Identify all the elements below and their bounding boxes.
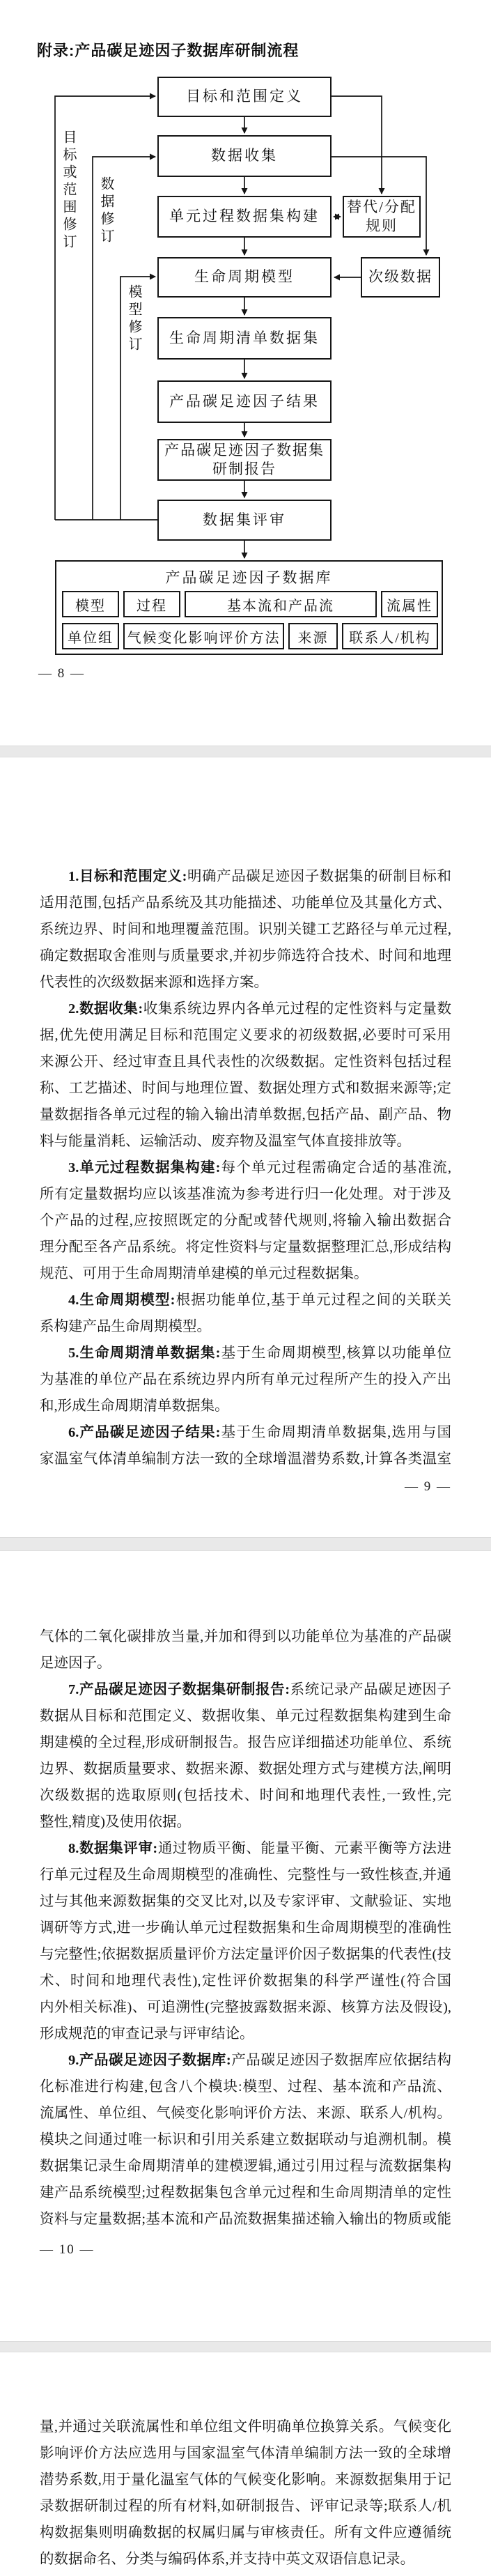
text-line: 6.产品碳足迹因子结果:基于生命周期清单数据集,选用与国 xyxy=(40,1419,451,1446)
flow-node-data-collection: 数据收集 xyxy=(157,135,332,177)
text-line: 术、时间和地理代表性),定性评价数据集的科学严谨性(符合国 xyxy=(40,1968,451,1994)
text-line: 2.数据收集:收集系统边界内各单元过程的定性资料与定量数 xyxy=(40,996,451,1022)
page-text: 量,并通过关联流属性和单位组文件明确单位换算关系。气候变化影响评价方法应选用与国… xyxy=(40,2352,451,2573)
page-10-text: 气体的二氧化碳排放当量,并加和得到以功能单位为基准的产品碳足迹因子。7.产品碳足… xyxy=(0,1551,491,2341)
paragraph-lead: 4.生命周期模型: xyxy=(68,1293,175,1308)
text-line: 系统边界、时间和地理覆盖范围。识别关键工艺路径与单元过程, xyxy=(40,916,451,943)
db-module-flow-property: 流属性 xyxy=(381,591,438,617)
text-line: 据,优先使用满足目标和范围定义要求的初级数据,必要时可采用 xyxy=(40,1022,451,1049)
flow-node-dataset-review: 数据集评审 xyxy=(157,500,332,541)
text-line: 称、工艺描述、时间与地理位置、数据处理方式和数据来源等;定 xyxy=(40,1075,451,1102)
flow-node-database: 产品碳足迹因子数据库 模型 过程 基本流和产品流 流属性 单位组 气候变化影响评… xyxy=(55,560,443,655)
feedback-label-model-revision: 模型修订 xyxy=(124,284,144,354)
text-line: 化标准进行构建,包含八个模块:模型、过程、基本流和产品流、 xyxy=(40,2074,451,2100)
text-line: 潜势系数,用于量化温室气体的气候变化影响。来源数据集用于记 xyxy=(40,2467,451,2493)
page-separator xyxy=(0,746,491,757)
db-module-process: 过程 xyxy=(123,591,180,617)
text-line: 料与能量消耗、运输活动、废弃物及温室气体直接排放等。 xyxy=(40,1128,451,1155)
page-9-text: 1.目标和范围定义:明确产品碳足迹因子数据集的研制目标和适用范围,包括产品系统及… xyxy=(0,757,491,1537)
flow-node-secondary-data: 次级数据 xyxy=(361,257,440,298)
text-line: 量,并通过关联流属性和单位组文件明确单位换算关系。气候变化 xyxy=(40,2414,451,2440)
text-line: 内外相关标准)、可追溯性(完整披露数据来源、核算方法及假设), xyxy=(40,1994,451,2021)
paragraph-lead: 3.单元过程数据集构建: xyxy=(68,1160,221,1175)
text-line: 量数据指各单元过程的输入输出清单数据,包括产品、副产品、物 xyxy=(40,1102,451,1128)
db-module-impact-method: 气候变化影响评价方法 xyxy=(123,623,284,649)
text-line: 和,形成生命周期清单数据集。 xyxy=(40,1393,451,1419)
flow-node-pcf-result: 产品碳足迹因子结果 xyxy=(157,380,332,423)
text-line: 构数据集则明确数据的权属归属与审核责任。所有文件应遵循统一 xyxy=(40,2520,451,2546)
page-text: 气体的二氧化碳排放当量,并加和得到以功能单位为基准的产品碳足迹因子。7.产品碳足… xyxy=(40,1551,451,2232)
text-line: 与完整性;依据数据质量评价方法定量评价因子数据集的代表性(技 xyxy=(40,1941,451,1968)
text-line: 调研等方式,进一步确认单元过程数据集和生命周期模型的准确性 xyxy=(40,1915,451,1941)
text-line: 过与其他来源数据集的交叉比对,以及专家评审、文献验证、实地 xyxy=(40,1888,451,1915)
page-separator xyxy=(0,1537,491,1551)
text-line: 规范、可用于生命周期清单建模的单元过程数据集。 xyxy=(40,1260,451,1287)
text-line: 适用范围,包括产品系统及其功能描述、功能单位及其量化方式、 xyxy=(40,890,451,916)
text-line: 录数据研制过程的所有材料,如研制报告、评审记录等;联系人/机 xyxy=(40,2493,451,2520)
page-number-10: — 10 — xyxy=(40,2242,491,2258)
db-module-flows: 基本流和产品流 xyxy=(185,591,377,617)
text-line: 9.产品碳足迹因子数据库:产品碳足迹因子数据库应依据结构 xyxy=(40,2047,451,2074)
text-line: 理分配至各产品系统。将定性资料与定量数据整理汇总,形成结构 xyxy=(40,1234,451,1260)
text-line: 影响评价方法应选用与国家温室气体清单编制方法一致的全球增温 xyxy=(40,2440,451,2467)
page-text: 1.目标和范围定义:明确产品碳足迹因子数据集的研制目标和适用范围,包括产品系统及… xyxy=(40,757,451,1472)
text-line: 7.产品碳足迹因子数据集研制报告:系统记录产品碳足迹因子 xyxy=(40,1676,451,1703)
text-line: 模块之间通过唯一标识和引用关系建立数据联动与追溯机制。模型 xyxy=(40,2127,451,2153)
page-11-text-partial: 量,并通过关联流属性和单位组文件明确单位换算关系。气候变化影响评价方法应选用与国… xyxy=(0,2352,491,2576)
text-line: 边界、数据质量要求、数据来源、数据处理方式与建模方法,阐明 xyxy=(40,1756,451,1782)
paragraph-lead: 5.生命周期清单数据集: xyxy=(68,1345,221,1361)
paragraph-lead: 2.数据收集: xyxy=(68,1001,143,1017)
page-number-9: — 9 — xyxy=(0,1479,451,1495)
flow-node-lci-dataset: 生命周期清单数据集 xyxy=(157,317,332,360)
text-line: 建产品系统模型;过程数据集包含单元过程和生命周期清单的定性 xyxy=(40,2180,451,2206)
text-line: 形成规范的审查记录与评审结论。 xyxy=(40,2021,451,2047)
text-line: 确定数据取舍准则与质量要求,并初步筛选符合技术、时间和地理 xyxy=(40,943,451,969)
paragraph-lead: 6.产品碳足迹因子结果: xyxy=(68,1425,221,1440)
flow-node-goal-scope: 目标和范围定义 xyxy=(157,77,332,117)
db-module-contact: 联系人/机构 xyxy=(342,623,438,649)
page-separator xyxy=(0,2341,491,2352)
text-line: 系构建产品生命周期模型。 xyxy=(40,1313,451,1340)
text-line: 气体的二氧化碳排放当量,并加和得到以功能单位为基准的产品碳 xyxy=(40,1624,451,1650)
text-line: 5.生命周期清单数据集:基于生命周期模型,核算以功能单位 xyxy=(40,1340,451,1366)
flow-node-lifecycle-model: 生命周期模型 xyxy=(157,257,332,298)
text-line: 数据从目标和范围定义、数据收集、单元过程数据集构建到生命周 xyxy=(40,1703,451,1729)
page-number-8: — 8 — xyxy=(38,666,85,681)
text-line: 代表性的次级数据来源和选择方案。 xyxy=(40,969,451,996)
text-line: 个产品的过程,应按照既定的分配或替代规则,将输入输出数据合 xyxy=(40,1208,451,1234)
database-title: 产品碳足迹因子数据库 xyxy=(56,563,442,591)
text-line: 4.生命周期模型:根据功能单位,基于单元过程之间的关联关 xyxy=(40,1287,451,1313)
db-module-unit-group: 单位组 xyxy=(62,623,119,649)
text-line: 所有定量数据均应以该基准流为参考进行归一化处理。对于涉及多 xyxy=(40,1181,451,1208)
text-line: 为基准的单位产品在系统边界内所有单元过程所产生的投入产出总 xyxy=(40,1366,451,1393)
text-line: 行单元过程及生命周期模型的准确性、完整性与一致性核查,并通 xyxy=(40,1862,451,1888)
text-line: 家温室气体清单编制方法一致的全球增温潜势系数,计算各类温室 xyxy=(40,1446,451,1472)
text-line: 资料与定量数据;基本流和产品流数据集描述输入输出的物质或能 xyxy=(40,2206,451,2232)
feedback-label-data-revision: 数据修订 xyxy=(96,176,116,246)
paragraph-lead: 7.产品碳足迹因子数据集研制报告: xyxy=(68,1682,290,1697)
text-line: 次级数据的选取原则(包括技术、时间和地理代表性,一致性,完 xyxy=(40,1782,451,1809)
text-line: 1.目标和范围定义:明确产品碳足迹因子数据集的研制目标和 xyxy=(40,863,451,890)
document-canvas: 附录:产品碳足迹因子数据库研制流程 xyxy=(0,0,491,2576)
text-line: 3.单元过程数据集构建:每个单元过程需确定合适的基准流, xyxy=(40,1155,451,1181)
feedback-label-goal-scope-revision: 目标或范围修订 xyxy=(59,130,79,252)
db-module-source: 来源 xyxy=(288,623,338,649)
paragraph-lead: 9.产品碳足迹因子数据库: xyxy=(68,2053,231,2068)
paragraph-lead: 1.目标和范围定义: xyxy=(68,869,187,884)
text-line: 期建模的全过程,形成研制报告。报告应详细描述功能单位、系统 xyxy=(40,1729,451,1756)
flow-node-allocation-rules: 替代/分配 规则 xyxy=(343,196,421,238)
text-line: 整性,精度)及使用依据。 xyxy=(40,1809,451,1835)
paragraph-lead: 8.数据集评审: xyxy=(68,1841,157,1856)
text-line: 8.数据集评审:通过物质平衡、能量平衡、元素平衡等方法进 xyxy=(40,1835,451,1862)
db-module-model: 模型 xyxy=(62,591,119,617)
flow-node-pcf-report: 产品碳足迹因子数据集 研制报告 xyxy=(157,439,332,481)
text-line: 流属性、单位组、气候变化影响评价方法、来源、联系人/机构。各 xyxy=(40,2100,451,2127)
text-line: 来源公开、经过审查且具代表性的次级数据。定性资料包括过程名 xyxy=(40,1049,451,1075)
text-line: 的数据命名、分类与编码体系,并支持中英文双语信息记录。 xyxy=(40,2546,451,2573)
flow-node-unit-process-dataset: 单元过程数据集构建 xyxy=(157,196,332,238)
page-8-flowchart: 附录:产品碳足迹因子数据库研制流程 xyxy=(0,0,491,746)
text-line: 数据集记录生命周期清单的建模逻辑,通过引用过程与流数据集构 xyxy=(40,2153,451,2180)
text-line: 足迹因子。 xyxy=(40,1650,451,1676)
